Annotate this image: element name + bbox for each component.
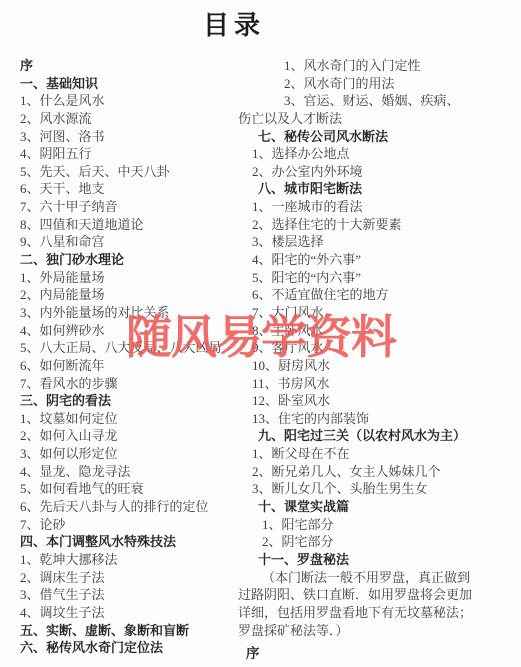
toc-line: 2、选择住宅的十大新要素 bbox=[238, 216, 516, 234]
toc-line: 3、借气生子法 bbox=[20, 586, 248, 604]
toc-line: 2、风水源流 bbox=[20, 110, 248, 128]
toc-line: 六、秘传风水奇门定位法 bbox=[20, 639, 248, 657]
toc-line: 11、书房风水 bbox=[238, 375, 516, 393]
toc-line: 1、什么是风水 bbox=[20, 92, 248, 110]
toc-line: 1、阳宅部分 bbox=[238, 516, 516, 534]
toc-line: 4、阴阳五行 bbox=[20, 145, 248, 163]
toc-line: 3、河图、洛书 bbox=[20, 128, 248, 146]
toc-line: 九、阳宅过三关（以农村风水为主） bbox=[238, 427, 516, 445]
toc-line: 七、秘传公司风水断法 bbox=[238, 128, 516, 146]
toc-line: 详细，包括用罗盘看地下有无坟墓秘法； bbox=[238, 604, 516, 622]
toc-line: 1、一座城市的看法 bbox=[238, 198, 516, 216]
toc-line: 2、阴宅部分 bbox=[238, 533, 516, 551]
toc-line: 1、风水奇门的入门定性 bbox=[238, 57, 516, 75]
toc-line: 五、实断、虚断、象断和盲断 bbox=[20, 622, 248, 640]
toc-line: 过路阴阳、铁口直断．如用罗盘将会更加 bbox=[238, 586, 516, 604]
toc-line: 13、住宅的内部装饰 bbox=[238, 410, 516, 428]
toc-line: 一、基础知识 bbox=[20, 75, 248, 93]
toc-line: 4、显龙、隐龙寻法 bbox=[20, 463, 248, 481]
toc-line: 8、四值和天道地道论 bbox=[20, 216, 248, 234]
toc-line: 2、调床生子法 bbox=[20, 569, 248, 587]
document-page: 目录 序一、基础知识1、什么是风水2、风水源流3、河图、洛书4、阴阳五行5、先天… bbox=[0, 0, 521, 667]
toc-line: 3、断儿女几个、头胎生男生女 bbox=[238, 480, 516, 498]
toc-line: 7、六十甲子纳音 bbox=[20, 198, 248, 216]
toc-line: 6、先后天八卦与人的排行的定位 bbox=[20, 498, 248, 516]
toc-line: 2、风水奇门的用法 bbox=[238, 75, 516, 93]
toc-line: 伤亡以及人才断法 bbox=[238, 110, 516, 128]
toc-line: 1、外局能量场 bbox=[20, 269, 248, 287]
toc-line: 3、楼层选择 bbox=[238, 233, 516, 251]
toc-line: 12、卧室风水 bbox=[238, 392, 516, 410]
toc-line: 十、课堂实战篇 bbox=[238, 498, 516, 516]
toc-line: 5、如何看地气的旺衰 bbox=[20, 480, 248, 498]
toc-line: 四、本门调整风水特殊技法 bbox=[20, 533, 248, 551]
toc-line: 序 bbox=[20, 57, 248, 75]
toc-line: 八、城市阳宅断法 bbox=[238, 180, 516, 198]
toc-line: 5、阳宅的“内六事” bbox=[238, 269, 516, 287]
toc-line: 5、先天、后天、中天八卦 bbox=[20, 163, 248, 181]
toc-line: （本门断法一般不用罗盘，真正做到 bbox=[238, 569, 516, 587]
toc-line: 三、阴宅的看法 bbox=[20, 392, 248, 410]
toc-line: 6、天干、地支 bbox=[20, 180, 248, 198]
toc-line: 2、办公室内外环境 bbox=[238, 163, 516, 181]
toc-line: 1、坟墓如何定位 bbox=[20, 410, 248, 428]
toc-line: 7、论砂 bbox=[20, 516, 248, 534]
toc-line: 十一、罗盘秘法 bbox=[238, 551, 516, 569]
page-title: 目录 bbox=[203, 5, 265, 42]
toc-line: 2、断兄弟几人、女主人姊妹几个 bbox=[238, 463, 516, 481]
toc-line: 1、断父母在不在 bbox=[238, 445, 516, 463]
red-watermark-text: 随风易学资料 bbox=[126, 301, 396, 367]
toc-line: 7、看风水的步骤 bbox=[20, 375, 248, 393]
toc-line: 罗盘採矿秘法等．） bbox=[238, 622, 516, 640]
toc-line: 2、如何入山寻龙 bbox=[20, 427, 248, 445]
toc-line: 二、独门砂水理论 bbox=[20, 251, 248, 269]
toc-line: 3、如何以形定位 bbox=[20, 445, 248, 463]
toc-line: 4、调坟生子法 bbox=[20, 604, 248, 622]
toc-line: 1、选择办公地点 bbox=[238, 145, 516, 163]
toc-line: 3、官运、财运、婚姻、疾病、 bbox=[238, 92, 516, 110]
preface-section-heading: 序 bbox=[246, 642, 260, 662]
toc-line: 4、阳宅的“外六事” bbox=[238, 251, 516, 269]
toc-line: 1、乾坤大挪移法 bbox=[20, 551, 248, 569]
toc-line: 9、八星和命宫 bbox=[20, 233, 248, 251]
